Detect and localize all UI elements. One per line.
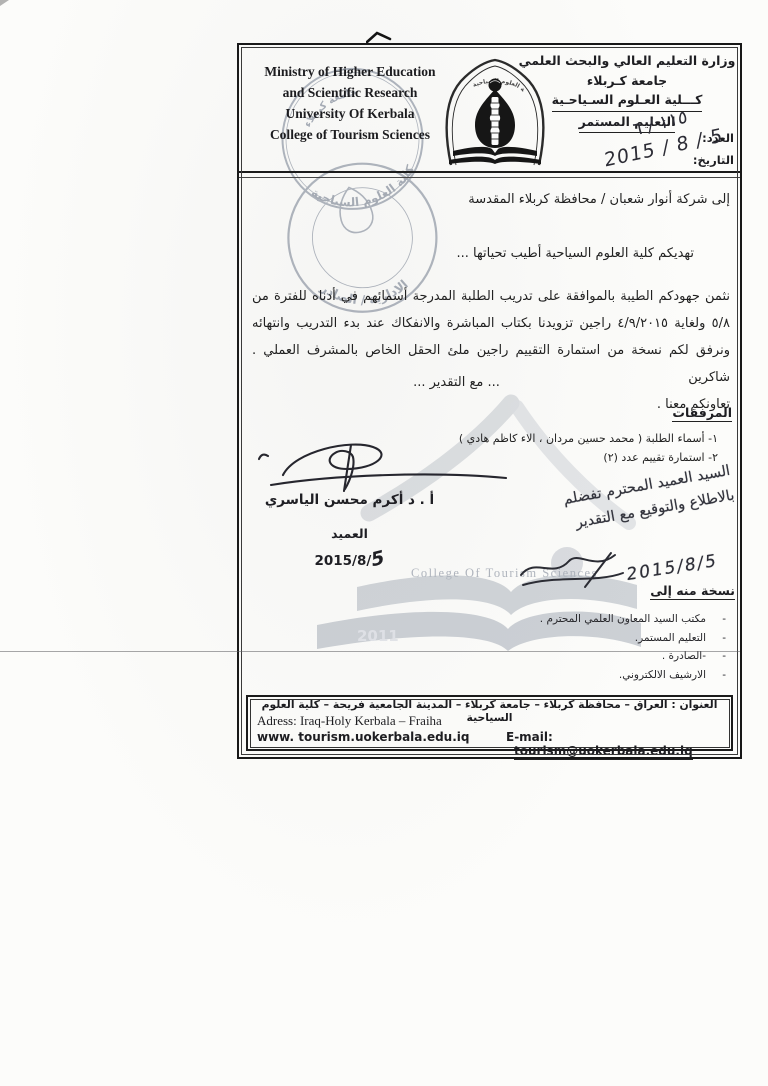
dash-bullet: - bbox=[706, 647, 726, 666]
email-label: E-mail: bbox=[506, 730, 553, 744]
scanner-line-artifact bbox=[0, 651, 740, 652]
ministry-line-ar: وزارة التعليم العالي والبحث العلمي bbox=[518, 51, 736, 71]
date-handwritten-digit: 5 bbox=[371, 546, 384, 572]
scan-corner-artifact bbox=[0, 0, 9, 6]
header-arabic-block: وزارة التعليم العالي والبحث العلمي جامعة… bbox=[518, 51, 736, 133]
pen-tick-mark bbox=[366, 30, 392, 46]
university-line-ar: جامعة كـربلاء bbox=[518, 71, 736, 91]
footer-website: www. tourism.uokerbala.edu.iq bbox=[257, 730, 469, 744]
watermark-year: 2011 bbox=[357, 627, 399, 645]
footer-email-row: E-mail: tourism@uokerbala.edu.iq bbox=[506, 730, 731, 758]
annotation-signature-scribble bbox=[515, 545, 630, 593]
date-typed-part: 2015/8/ bbox=[314, 553, 371, 569]
footer-address-box: العنوان : العراق – محافظة كربلاء – جامعة… bbox=[246, 695, 733, 751]
dash-bullet: - bbox=[706, 666, 726, 685]
date-label: التاريخ: bbox=[693, 153, 734, 167]
copy-to-title: نسخة منه إلى bbox=[650, 583, 735, 600]
footer-address-english: Adress: Iraq-Holy Kerbala – Fraiha bbox=[257, 713, 442, 729]
copy-item: الارشيف الالكتروني. bbox=[619, 669, 706, 681]
dean-signature-date: 2015/8/5 bbox=[247, 548, 452, 570]
college-line-en: College of Tourism Sciences bbox=[251, 124, 449, 145]
paragraph-line: تعاونكم معنا . bbox=[252, 391, 730, 418]
addressee-line: إلى شركة أنوار شعبان / محافظة كربلاء الم… bbox=[468, 192, 730, 207]
footer-email-address: tourism@uokerbala.edu.iq bbox=[514, 744, 693, 760]
main-paragraph: نثمن جهودكم الطيبة بالموافقة على تدريب ا… bbox=[252, 283, 730, 418]
emblem-book-lower bbox=[449, 157, 541, 164]
greeting-line: تهديكم كلية العلوم السياحية أطيب تحياتها… bbox=[457, 246, 694, 261]
university-line-en: University Of Kerbala bbox=[251, 103, 449, 124]
paragraph-line: ٥/٨ ولغاية ٤/٩/٢٠١٥ راجين تزويدنا بكتاب … bbox=[252, 310, 730, 337]
copy-to-list: -مكتب السيد المعاون العلمي المحترم . -ال… bbox=[540, 610, 726, 684]
attachments-title: المرفقات bbox=[672, 405, 732, 422]
copy-item: التعليم المستمر. bbox=[635, 632, 706, 644]
dash-bullet: - bbox=[706, 629, 726, 648]
closing-salutation: ... مع التقدير ... bbox=[239, 375, 674, 390]
emblem-book-upper bbox=[453, 147, 537, 156]
dash-bullet: - bbox=[706, 610, 726, 629]
dean-signature-scribble bbox=[253, 431, 513, 503]
header-separator-line bbox=[239, 171, 740, 178]
copy-item: مكتب السيد المعاون العلمي المحترم . bbox=[540, 613, 706, 625]
paragraph-line: نثمن جهودكم الطيبة بالموافقة على تدريب ا… bbox=[252, 283, 730, 310]
ministry-line-en: Ministry of Higher Education bbox=[251, 61, 449, 82]
scanned-letter-page: College Of Tourism Sciences 2011 جامعة ك… bbox=[0, 0, 768, 1086]
research-line-en: and Scientific Research bbox=[251, 82, 449, 103]
header-english-block: Ministry of Higher Education and Scienti… bbox=[251, 61, 449, 145]
dean-title: العميد bbox=[247, 526, 452, 541]
